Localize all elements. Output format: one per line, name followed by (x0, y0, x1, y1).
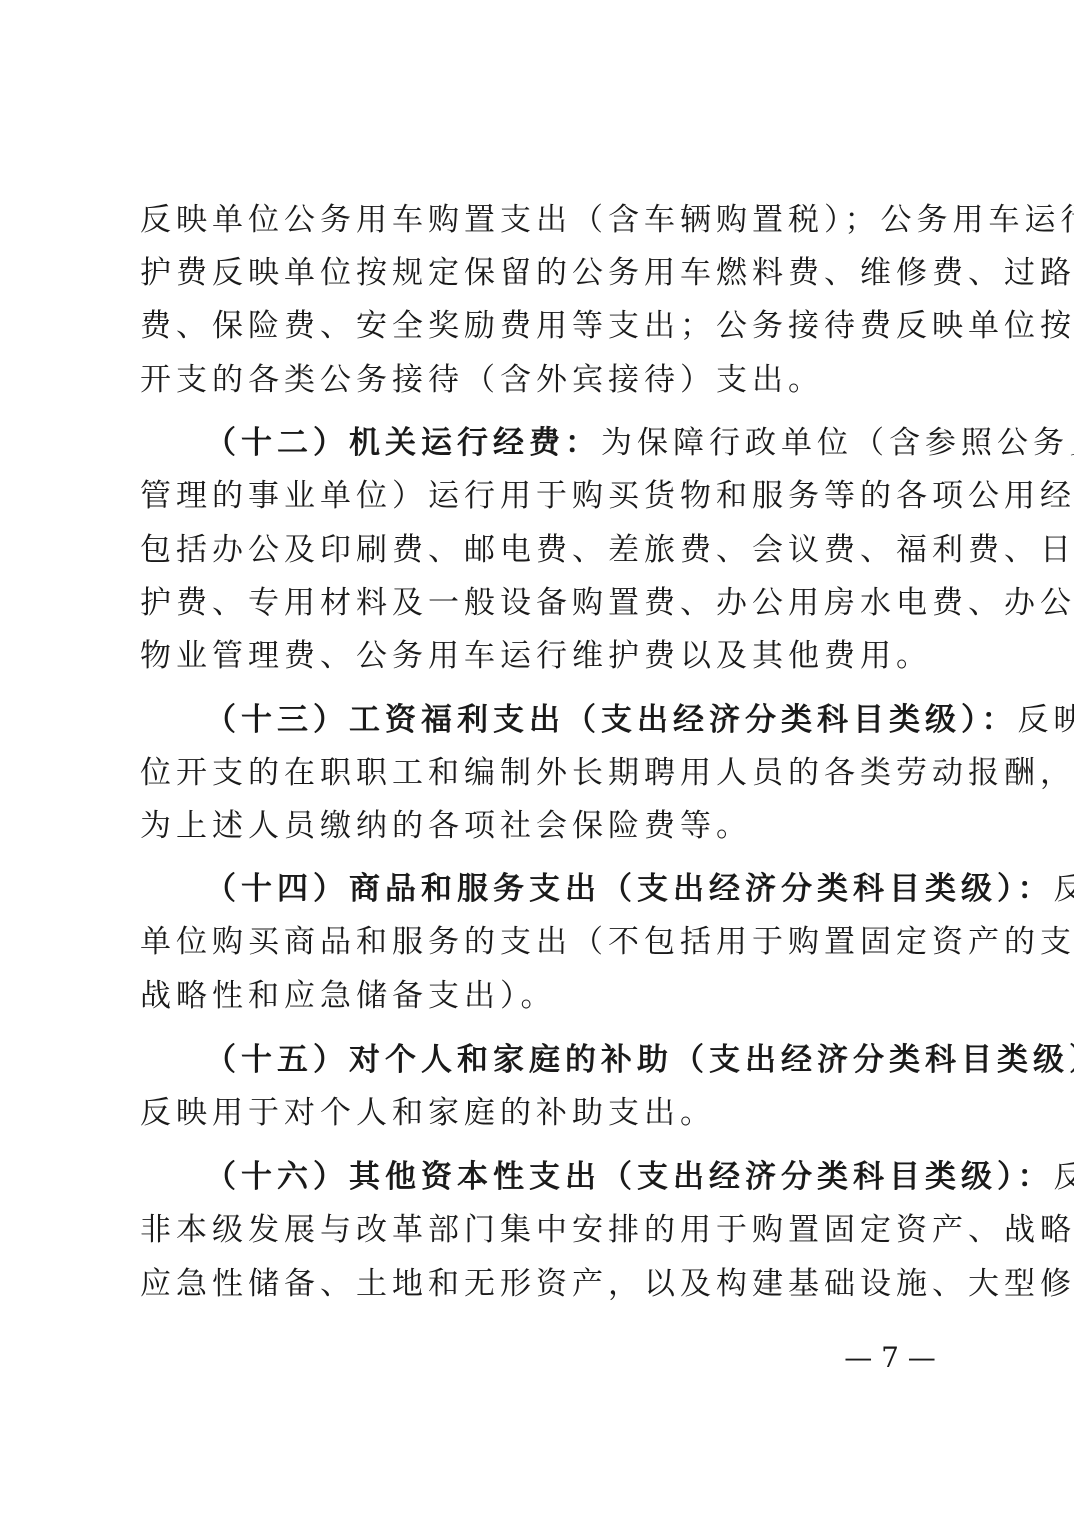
section-heading: （十六）其他资本性支出（支出经济分类科目类级）： (205, 1159, 1054, 1195)
text-line: 开支的各类公务接待（含外宾接待）支出。 (140, 354, 940, 407)
text-line: 应急性储备、土地和无形资产，以及构建基础设施、大型修缮和 (140, 1258, 940, 1311)
text-line: 非本级发展与改革部门集中安排的用于购置固定资产、战略性和 (140, 1204, 940, 1257)
text-line: 管理的事业单位）运行用于购买货物和服务等的各项公用经费， (140, 470, 940, 523)
page-number: — 7 — (840, 1340, 940, 1376)
section-heading: （十三）工资福利支出（支出经济分类科目类级）： (205, 702, 1018, 738)
text-line: 包括办公及印刷费、邮电费、差旅费、会议费、福利费、日常维 (140, 524, 940, 577)
text-run: 为保障行政单位（含参照公务员法 (601, 425, 1074, 461)
text-line: 战略性和应急储备支出）。 (140, 970, 940, 1023)
text-line: （十二）机关运行经费：为保障行政单位（含参照公务员法 (205, 417, 940, 470)
text-line: （十三）工资福利支出（支出经济分类科目类级）：反映单 (205, 694, 940, 747)
text-line: 反映单位公务用车购置支出（含车辆购置税）；公务用车运行维 (140, 194, 940, 247)
text-line: 费、保险费、安全奖励费用等支出；公务接待费反映单位按规定 (140, 300, 940, 353)
text-line: 护费、专用材料及一般设备购置费、办公用房水电费、办公用房 (140, 577, 940, 630)
text-run: 反映 (1054, 871, 1074, 907)
section-heading: （十二）机关运行经费： (205, 425, 601, 461)
text-line: 护费反映单位按规定保留的公务用车燃料费、维修费、过路过桥 (140, 247, 940, 300)
text-line: 单位购买商品和服务的支出（不包括用于购置固定资产的支出、 (140, 916, 940, 969)
text-line: （十六）其他资本性支出（支出经济分类科目类级）：反映 (205, 1151, 940, 1204)
text-line: 反映用于对个人和家庭的补助支出。 (140, 1087, 940, 1140)
text-line: （十四）商品和服务支出（支出经济分类科目类级）：反映 (205, 863, 940, 916)
section-heading: （十五）对个人和家庭的补助（支出经济分类科目类级）： (205, 1042, 1074, 1078)
document-page: 反映单位公务用车购置支出（含车辆购置税）；公务用车运行维 护费反映单位按规定保留… (0, 0, 1074, 1520)
text-run: 反映单 (1018, 702, 1074, 738)
text-line: 位开支的在职职工和编制外长期聘用人员的各类劳动报酬，以及 (140, 747, 940, 800)
text-line: （十五）对个人和家庭的补助（支出经济分类科目类级）： (205, 1034, 940, 1087)
text-line: 为上述人员缴纳的各项社会保险费等。 (140, 800, 940, 853)
section-heading: （十四）商品和服务支出（支出经济分类科目类级）： (205, 871, 1054, 907)
text-line: 物业管理费、公务用车运行维护费以及其他费用。 (140, 630, 940, 683)
text-run: 反映 (1054, 1159, 1074, 1195)
